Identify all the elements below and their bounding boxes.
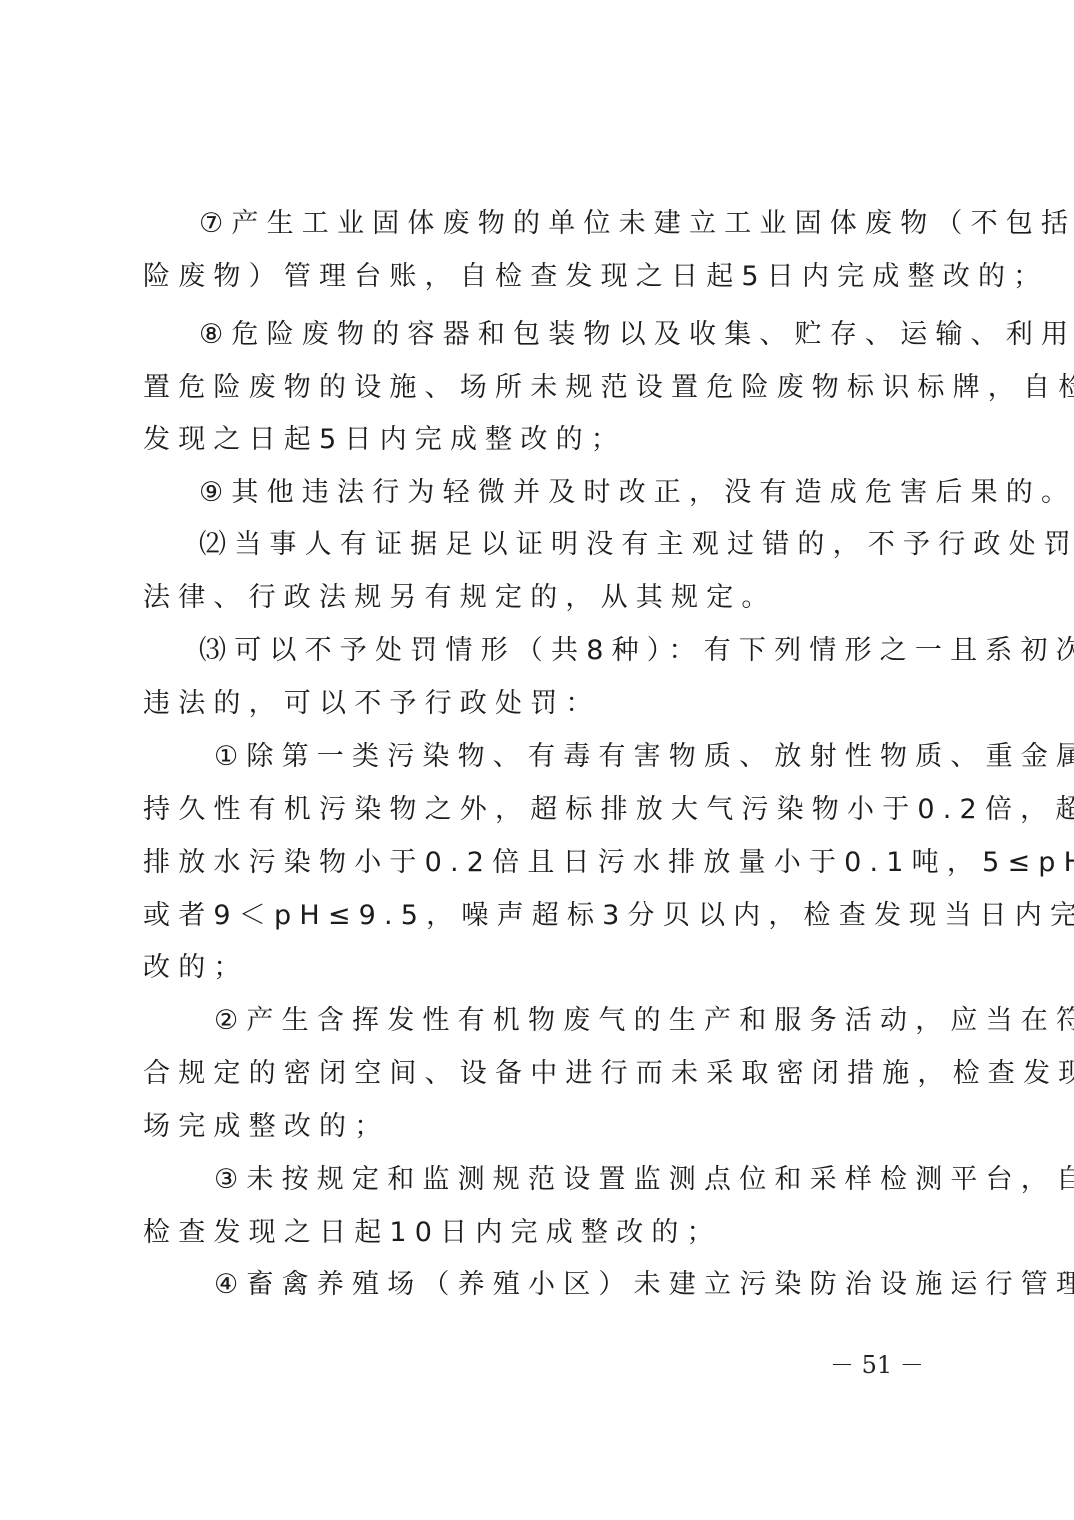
text-line: 险废物）管理台账，自检查发现之日起5日内完成整改的； <box>143 257 943 297</box>
text-line: 置危险废物的设施、场所未规范设置危险废物标识标牌，自检查 <box>143 368 943 408</box>
text-line: 合规定的密闭空间、设备中进行而未采取密闭措施，检查发现当 <box>143 1054 943 1094</box>
text-line: ②产生含挥发性有机物废气的生产和服务活动，应当在符 <box>214 1001 1014 1041</box>
text-line: ⑦产生工业固体废物的单位未建立工业固体废物（不包括危 <box>199 204 999 244</box>
text-line: 法律、行政法规另有规定的，从其规定。 <box>143 578 943 618</box>
text-line: 检查发现之日起10日内完成整改的； <box>143 1213 943 1253</box>
text-line: ④畜禽养殖场（养殖小区）未建立污染防治设施运行管理 <box>214 1265 1014 1305</box>
text-line: 违法的，可以不予行政处罚： <box>143 684 943 724</box>
text-line: ⑧危险废物的容器和包装物以及收集、贮存、运输、利用处 <box>199 315 999 355</box>
text-line: 或者9＜pH≤9.5，噪声超标3分贝以内，检查发现当日内完成整 <box>143 896 943 936</box>
document-page: ⑦产生工业固体废物的单位未建立工业固体废物（不包括危 险废物）管理台账，自检查发… <box>0 0 1074 1520</box>
text-line: ⑶可以不予处罚情形（共8种）：有下列情形之一且系初次 <box>199 631 999 671</box>
text-line: 持久性有机污染物之外，超标排放大气污染物小于0.2倍，超标 <box>143 790 943 830</box>
text-line: ⑵当事人有证据足以证明没有主观过错的，不予行政处罚。 <box>199 525 999 565</box>
text-line: 场完成整改的； <box>143 1107 943 1147</box>
text-line: 发现之日起5日内完成整改的； <box>143 420 943 460</box>
text-line: ①除第一类污染物、有毒有害物质、放射性物质、重金属、 <box>214 737 1014 777</box>
text-line: 排放水污染物小于0.2倍且日污水排放量小于0.1吨，5≤pH＜6 <box>143 843 943 883</box>
page-number: － 51 － <box>830 1350 920 1380</box>
text-line: ③未按规定和监测规范设置监测点位和采样检测平台，自 <box>214 1160 1014 1200</box>
text-line: 改的； <box>143 948 943 988</box>
text-line: ⑨其他违法行为轻微并及时改正，没有造成危害后果的。 <box>199 473 999 513</box>
